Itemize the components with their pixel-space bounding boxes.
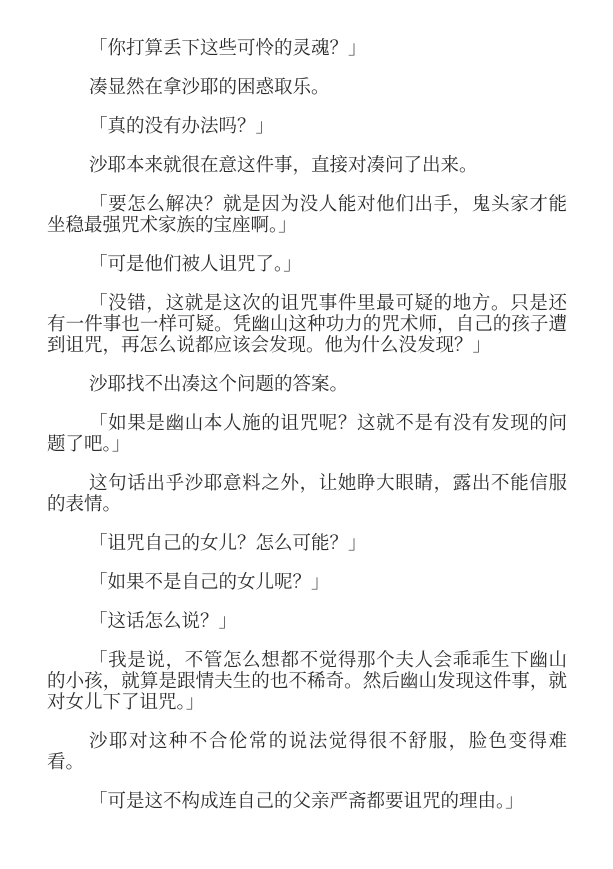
paragraph: 沙耶找不出凑这个问题的答案。 — [47, 375, 567, 396]
paragraph: 沙耶本来就很在意这件事，直接对凑问了出来。 — [47, 156, 567, 177]
page-text-block: 「你打算丢下这些可怜的灵魂？」 凑显然在拿沙耶的困惑取乐。 「真的没有办法吗？」… — [47, 39, 567, 813]
paragraph: 「诅咒自己的女儿？怎么可能？」 — [47, 534, 567, 555]
paragraph: 「要怎么解决？就是因为没人能对他们出手，鬼头家才能坐稳最强咒术家族的宝座啊。」 — [47, 195, 567, 237]
paragraph: 「如果不是自己的女儿呢？」 — [47, 573, 567, 594]
paragraph: 「这话怎么说？」 — [47, 612, 567, 633]
paragraph: 「你打算丢下这些可怜的灵魂？」 — [47, 39, 567, 60]
paragraph: 「可是这不构成连自己的父亲严斋都要诅咒的理由。」 — [47, 792, 567, 813]
book-page: 「你打算丢下这些可怜的灵魂？」 凑显然在拿沙耶的困惑取乐。 「真的没有办法吗？」… — [0, 0, 613, 869]
paragraph: 「没错，这就是这次的诅咒事件里最可疑的地方。只是还有一件事也一样可疑。凭幽山这种… — [47, 294, 567, 357]
paragraph: 「可是他们被人诅咒了。」 — [47, 255, 567, 276]
paragraph: 「如果是幽山本人施的诅咒呢？这就不是有没有发现的问题了吧。」 — [47, 414, 567, 456]
paragraph: 凑显然在拿沙耶的困惑取乐。 — [47, 78, 567, 99]
paragraph: 「我是说，不管怎么想都不觉得那个夫人会乖乖生下幽山的小孩，就算是跟情夫生的也不稀… — [47, 651, 567, 714]
paragraph: 这句话出乎沙耶意料之外，让她睁大眼睛，露出不能信服的表情。 — [47, 474, 567, 516]
paragraph: 沙耶对这种不合伦常的说法觉得很不舒服，脸色变得难看。 — [47, 732, 567, 774]
paragraph: 「真的没有办法吗？」 — [47, 117, 567, 138]
